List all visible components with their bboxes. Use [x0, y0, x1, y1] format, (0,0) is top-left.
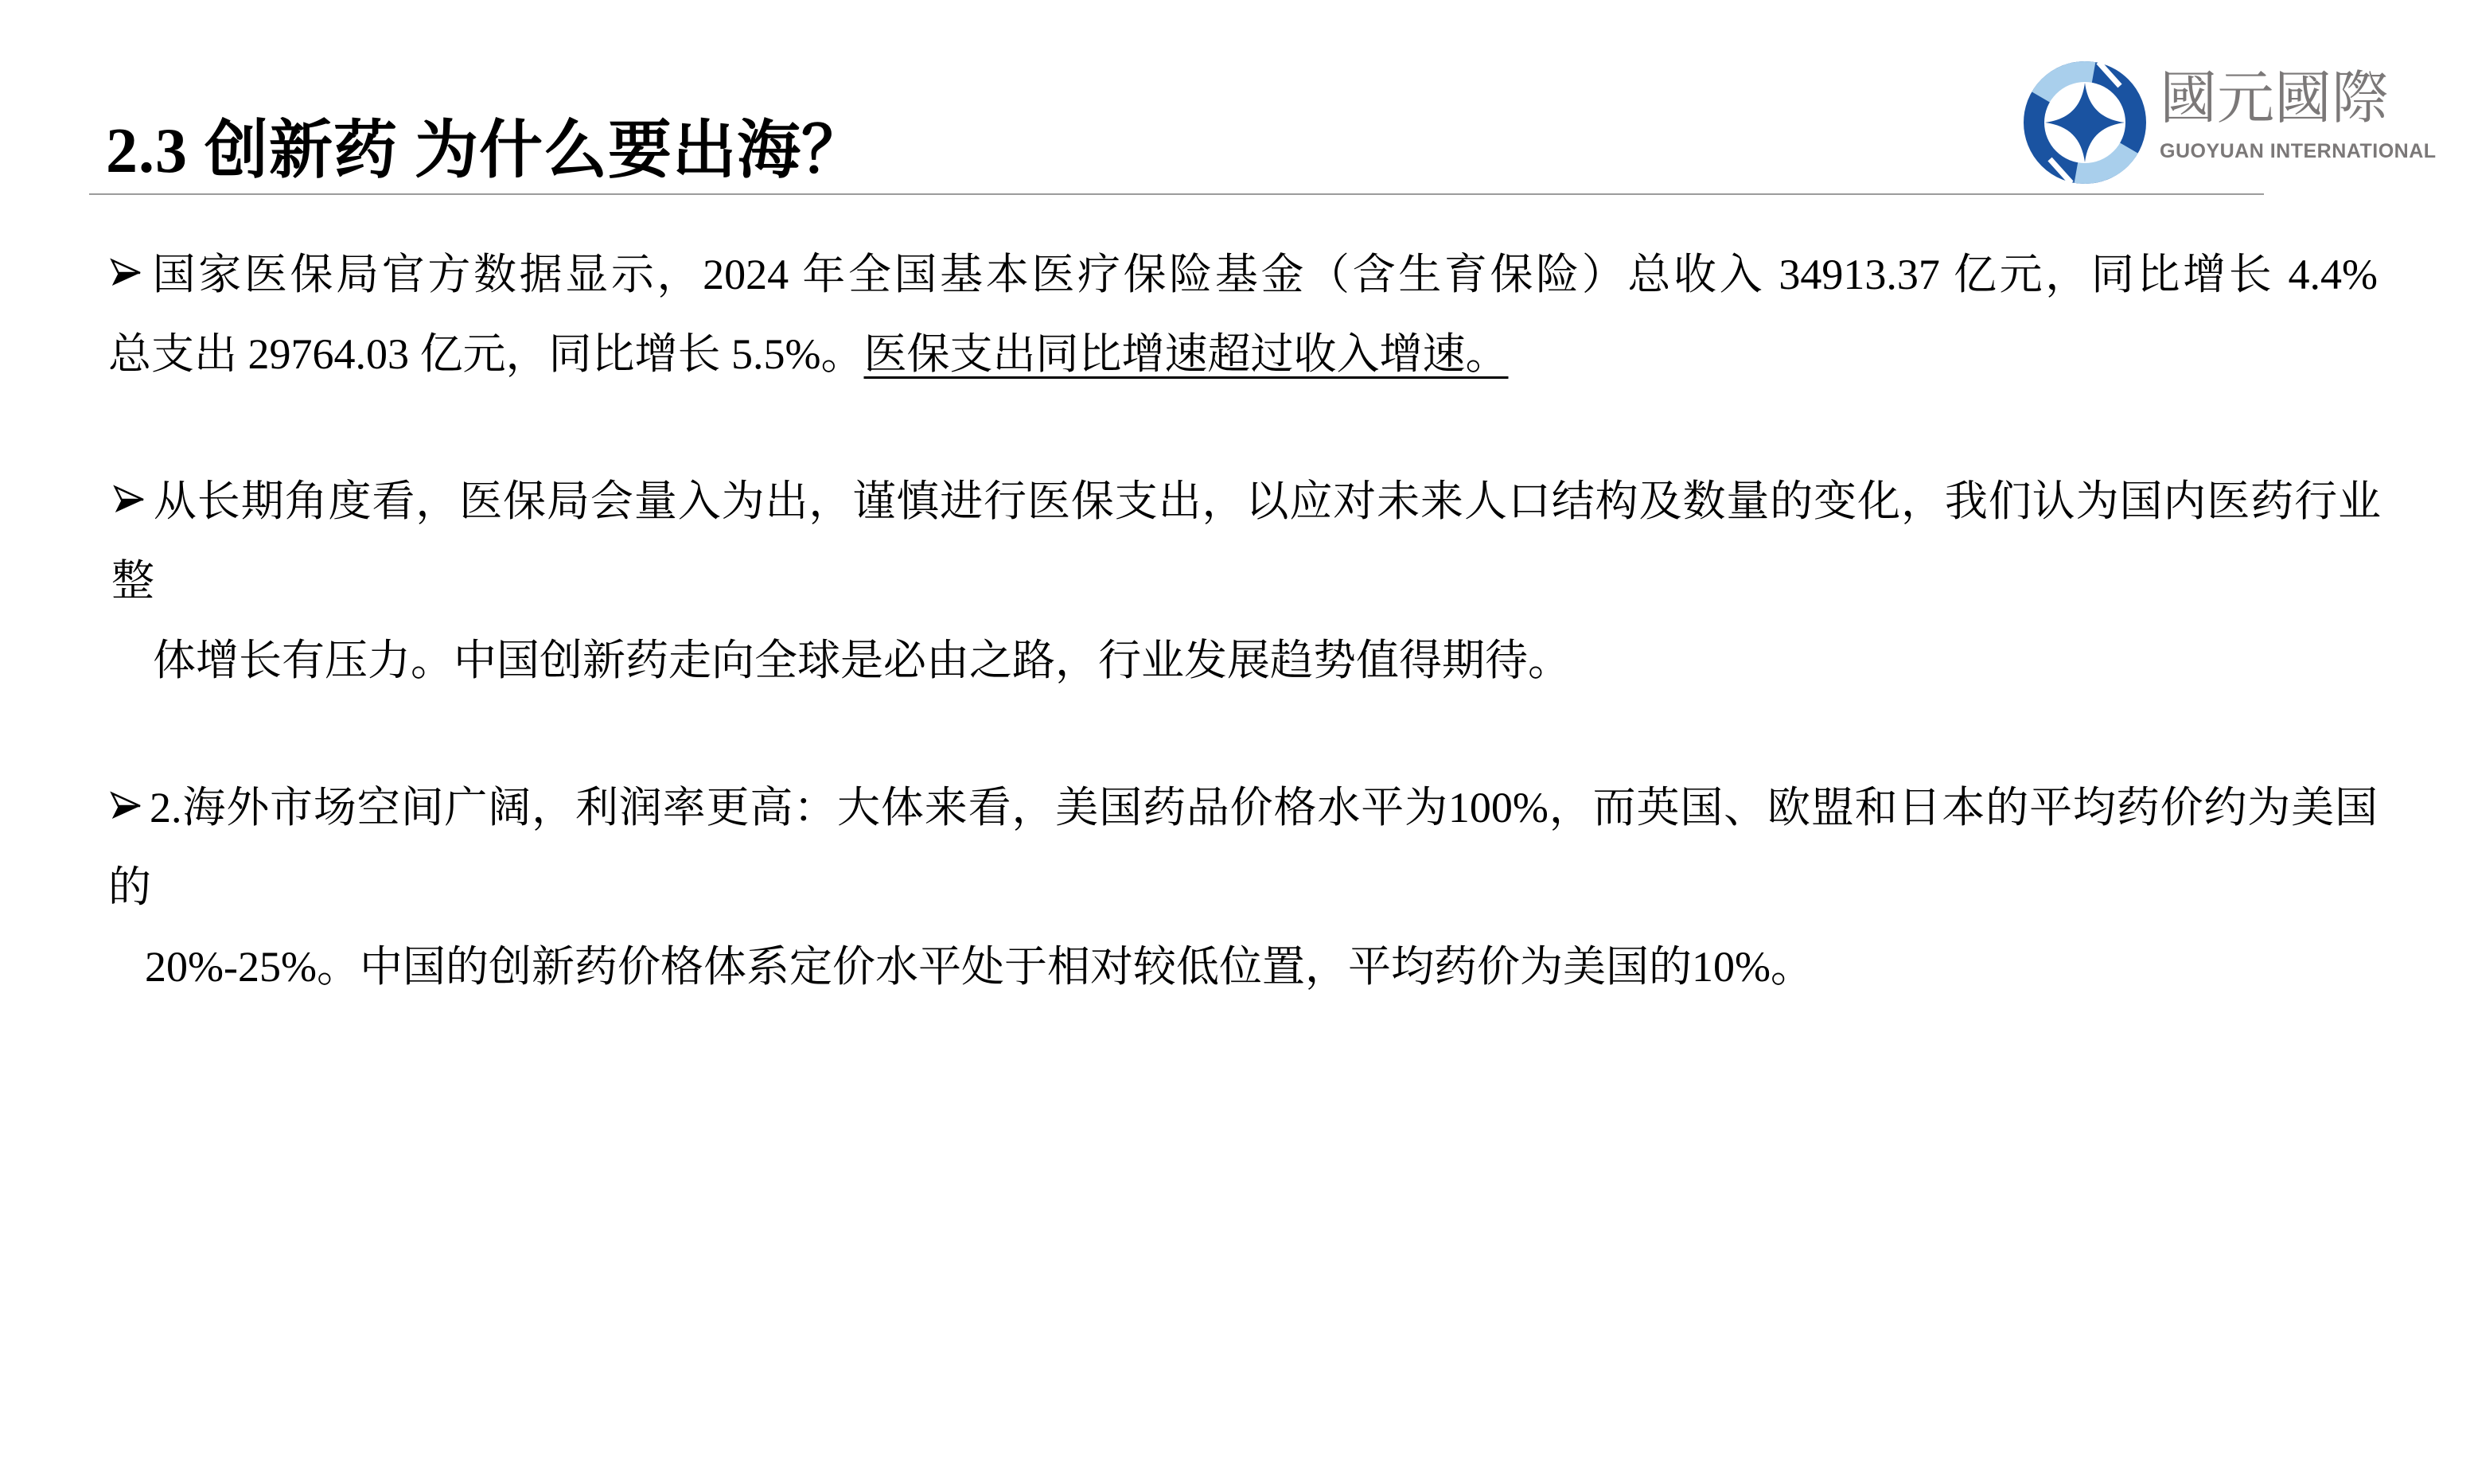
bullet-3-text-1: 2.海外市场空间广阔，利润率更高：大体来看，美国药品价格水平为100%，而英国、…	[108, 784, 2378, 911]
slide: 2.3 创新药 为什么要出海？ 國元國際 GUOYUAN INTERNATION…	[0, 0, 2474, 1484]
bullet-3-line-2: 20%-25%。中国的创新药价格体系定价水平处于相对较低位置，平均药价为美国的1…	[108, 927, 2378, 1007]
title-divider	[89, 193, 2264, 195]
bullet-3-text-2: 20%-25%。中国的创新药价格体系定价水平处于相对较低位置，平均药价为美国的1…	[145, 943, 1814, 991]
bullet-2-text-1: 从长期角度看，医保局会量入为出，谨慎进行医保支出，以应对未来人口结构及数量的变化…	[111, 477, 2381, 605]
bullet-item-2: 从长期角度看，医保局会量入为出，谨慎进行医保支出，以应对未来人口结构及数量的变化…	[111, 462, 2381, 700]
bullet-1-line-2: 总支出 29764.03 亿元，同比增长 5.5%。医保支出同比增速超过收入增速…	[108, 314, 2378, 394]
arrowhead-bullet-icon	[108, 787, 146, 825]
arrowhead-bullet-icon	[111, 481, 150, 519]
page-title: 2.3 创新药 为什么要出海？	[106, 116, 866, 186]
bullet-1-line-1: 国家医保局官方数据显示，2024 年全国基本医疗保险基金（含生育保险）总收入 3…	[108, 235, 2378, 314]
bullet-1-underlined-text: 医保支出同比增速超过收入增速。	[863, 330, 1508, 378]
bullet-1-text-2: 总支出 29764.03 亿元，同比增长 5.5%。	[108, 330, 863, 378]
bullet-1-text-1: 国家医保局官方数据显示，2024 年全国基本医疗保险基金（含生育保险）总收入 3…	[150, 251, 2378, 298]
guoyuan-logo-icon	[2023, 60, 2147, 185]
bullet-2-line-1: 从长期角度看，医保局会量入为出，谨慎进行医保支出，以应对未来人口结构及数量的变化…	[111, 462, 2381, 621]
bullet-3-line-1: 2.海外市场空间广阔，利润率更高：大体来看，美国药品价格水平为100%，而英国、…	[108, 768, 2378, 927]
guoyuan-logo: 國元國際 GUOYUAN INTERNATIONAL	[2023, 59, 2389, 186]
bullet-2-text-2: 体增长有压力。中国创新药走向全球是必由之路，行业发展趋势值得期待。	[153, 637, 1571, 684]
bullet-item-3: 2.海外市场空间广阔，利润率更高：大体来看，美国药品价格水平为100%，而英国、…	[108, 768, 2378, 1007]
arrowhead-bullet-icon	[108, 254, 146, 292]
bullet-item-1: 国家医保局官方数据显示，2024 年全国基本医疗保险基金（含生育保险）总收入 3…	[108, 235, 2378, 394]
bullet-2-line-2: 体增长有压力。中国创新药走向全球是必由之路，行业发展趋势值得期待。	[111, 621, 2381, 700]
logo-zh-text: 國元國際	[2160, 70, 2384, 127]
logo-en-text: GUOYUAN INTERNATIONAL	[2160, 142, 2390, 162]
